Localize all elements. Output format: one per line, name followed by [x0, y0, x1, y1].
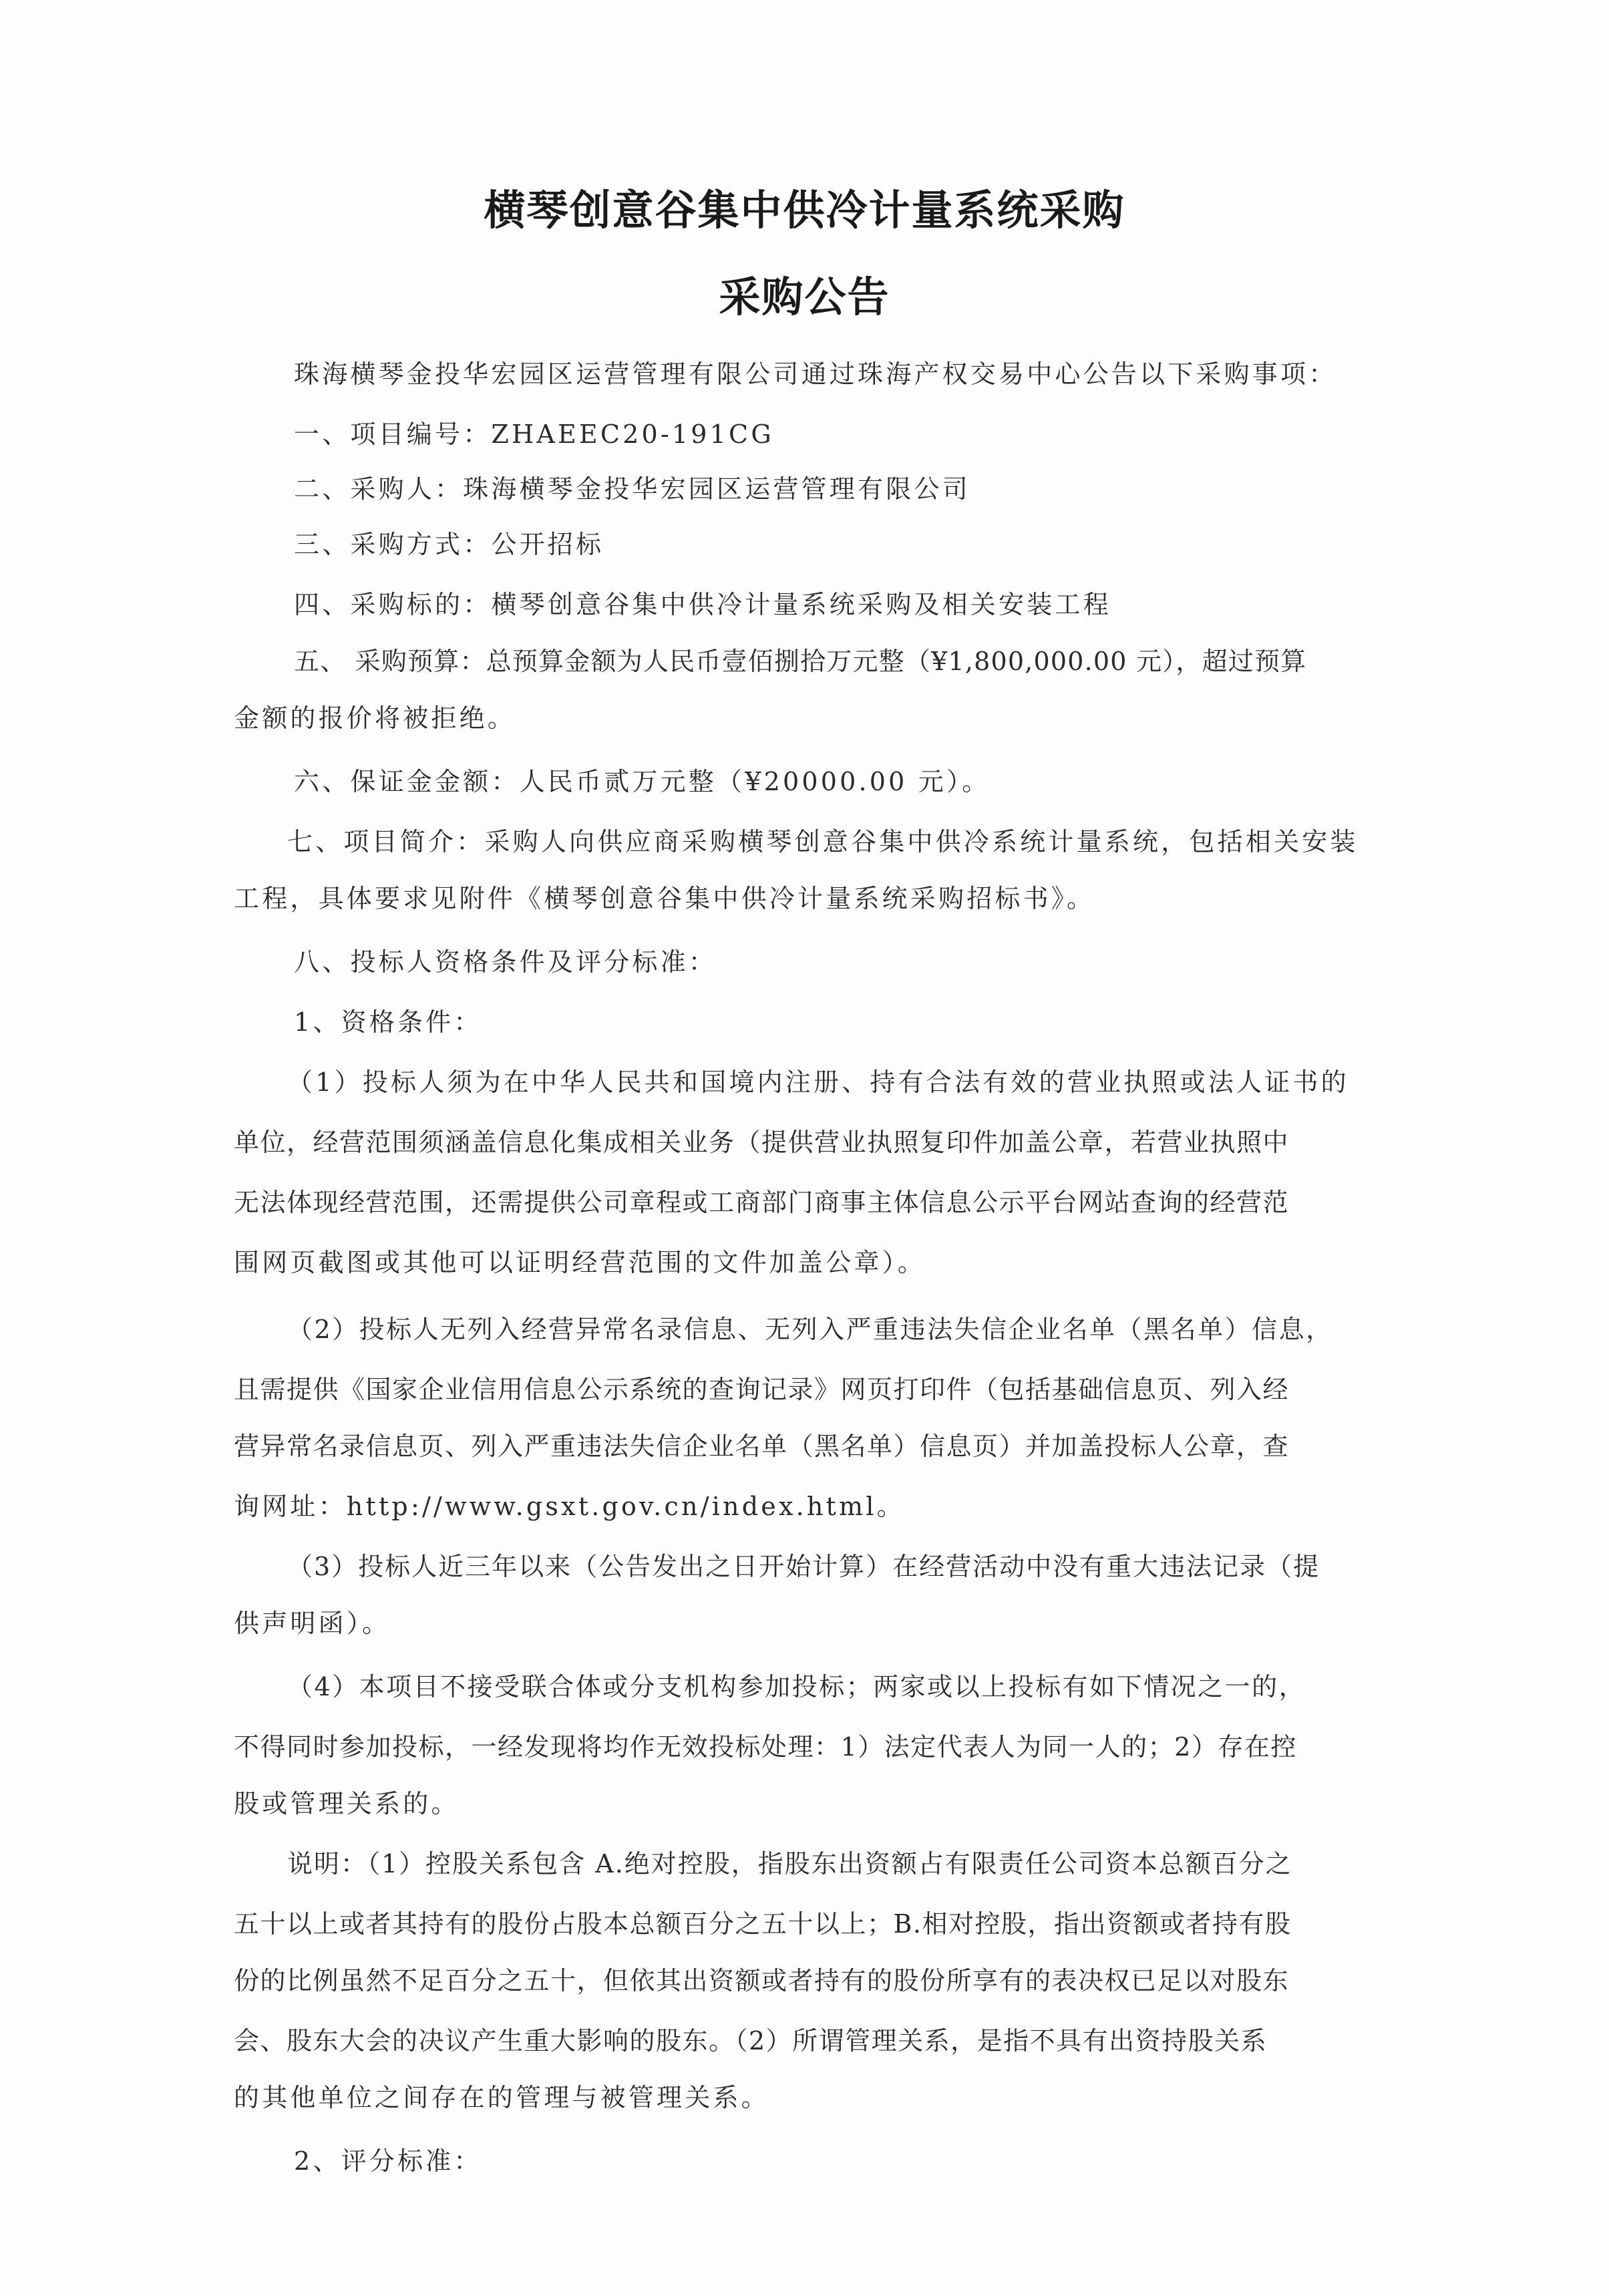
qualification-heading: 1、资格条件： [294, 1005, 482, 1039]
q2-line1: （2）投标人无列入经营异常名录信息、无列入严重违法失信企业名单（黑名单）信息， [287, 1313, 1333, 1346]
note-line1: 说明：（1）控股关系包含 A.绝对控股，指股东出资额占有限责任公司资本总额百分之 [287, 1847, 1292, 1880]
note-line4: 会、股东大会的决议产生重大影响的股东。（2）所谓管理关系，是指不具有出资持股关系 [234, 2024, 1267, 2058]
q2-line2: 且需提供《国家企业信用信息公示系统的查询记录》网页打印件（包括基础信息页、列入经 [234, 1373, 1289, 1406]
q4-line3: 股或管理关系的。 [234, 1787, 460, 1820]
q3-line2: 供声明函）。 [234, 1607, 390, 1640]
intro-paragraph: 珠海横琴金投华宏园区运营管理有限公司通过珠海产权交易中心公告以下采购事项： [294, 357, 1336, 391]
note-line3: 份的比例虽然不足百分之五十，但依其出资额或者持有的股份所享有的表决权已足以对股东 [234, 1964, 1289, 1997]
item-method: 三、采购方式：公开招标 [294, 528, 604, 561]
q2-line3: 营异常名录信息页、列入严重违法失信企业名单（黑名单）信息页）并加盖投标人公章，查 [234, 1430, 1289, 1463]
document-subtitle: 采购公告 [0, 271, 1609, 324]
section-8-heading: 八、投标人资格条件及评分标准： [294, 945, 717, 979]
item-summary-line1: 七、项目简介：采购人向供应商采购横琴创意谷集中供冷系统计量系统，包括相关安装 [287, 825, 1359, 858]
q4-line2: 不得同时参加投标，一经发现将均作无效投标处理：1）法定代表人为同一人的；2）存在… [234, 1730, 1297, 1764]
item-summary-line2: 工程，具体要求见附件《横琴创意谷集中供冷计量系统采购招标书》。 [234, 882, 1095, 915]
q2-line4: 询网址：http://www.gsxt.gov.cn/index.html。 [234, 1490, 905, 1523]
note-line2: 五十以上或者其持有的股份占股本总额百分之五十以上；B.相对控股，指出资额或者持有… [234, 1907, 1292, 1941]
q1-line3: 无法体现经营范围，还需提供公司章程或工商部门商事主体信息公示平台网站查询的经营范 [234, 1186, 1289, 1219]
q3-line1: （3）投标人近三年以来（公告发出之日开始计算）在经营活动中没有重大违法记录（提 [287, 1550, 1320, 1583]
item-deposit: 六、保证金金额：人民币贰万元整（¥20000.00 元）。 [294, 765, 990, 798]
item-budget-line2: 金额的报价将被拒绝。 [234, 701, 516, 735]
note-line5: 的其他单位之间存在的管理与被管理关系。 [234, 2081, 769, 2114]
item-subject: 四、采购标的：横琴创意谷集中供冷计量系统采购及相关安装工程 [294, 588, 1111, 621]
document-title: 横琴创意谷集中供冷计量系统采购 [0, 184, 1609, 237]
scoring-heading: 2、评分标准： [294, 2144, 482, 2178]
document-page: 横琴创意谷集中供冷计量系统采购 采购公告 珠海横琴金投华宏园区运营管理有限公司通… [0, 0, 1609, 2296]
q1-line1: （1）投标人须为在中华人民共和国境内注册、持有合法有效的营业执照或法人证书的 [287, 1065, 1349, 1099]
q4-line1: （4）本项目不接受联合体或分支机构参加投标；两家或以上投标有如下情况之一的， [287, 1670, 1306, 1703]
item-purchaser: 二、采购人：珠海横琴金投华宏园区运营管理有限公司 [294, 472, 970, 506]
item-project-number: 一、项目编号：ZHAEEC20-191CG [294, 418, 774, 451]
item-budget-line1: 五、 采购预算：总预算金额为人民币壹佰捌拾万元整（¥1,800,000.00 元… [294, 645, 1306, 678]
q1-line2: 单位，经营范围须涵盖信息化集成相关业务（提供营业执照复印件加盖公章，若营业执照中 [234, 1126, 1289, 1159]
q1-line4: 围网页截图或其他可以证明经营范围的文件加盖公章）。 [234, 1246, 926, 1279]
